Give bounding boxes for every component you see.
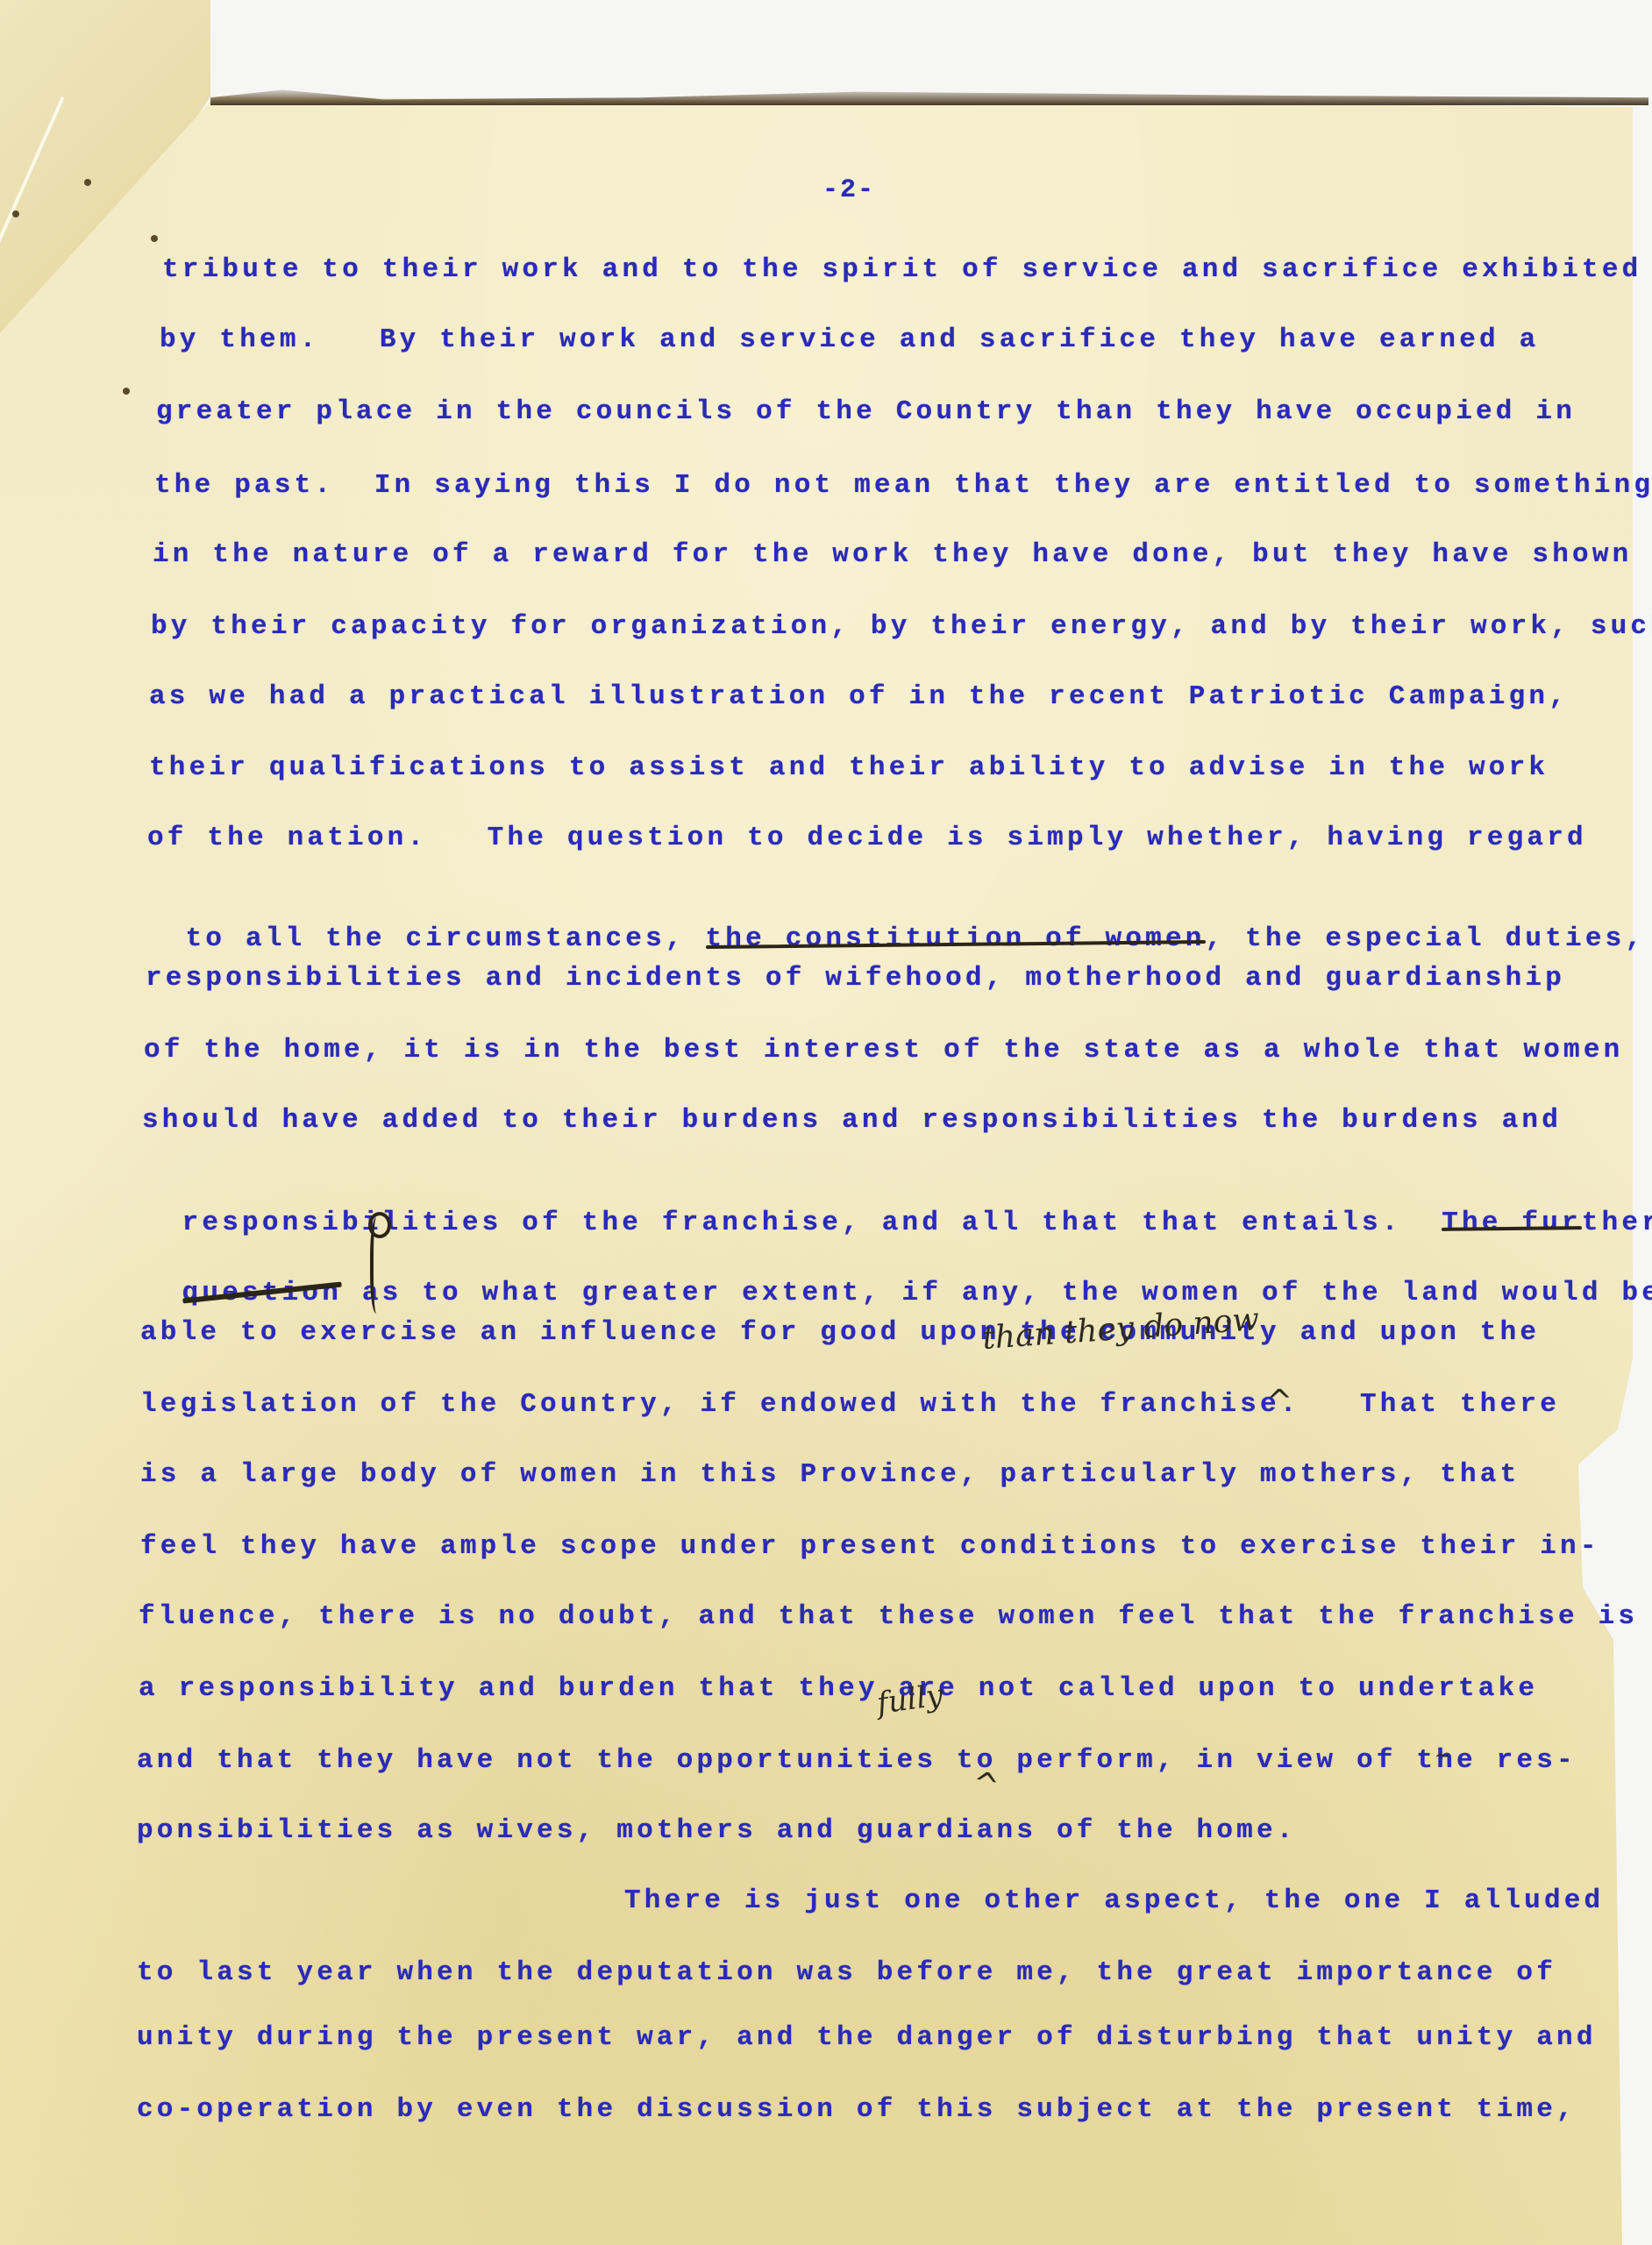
insertion-caret: ^ [1266,1384,1292,1420]
pin-hole [123,388,130,395]
page-number: -2- [822,175,875,205]
text-line-with-strikethrough: question as to what greater extent, if a… [142,1247,1652,1308]
text-line: of the nation. The question to decide is… [147,823,1587,853]
text-line: their qualifications to assist and their… [149,752,1549,783]
text-line-with-strikethrough: to all the circumstances, the constituti… [146,893,1645,954]
text-line: should have added to their burdens and r… [142,1105,1562,1136]
text-line: by their capacity for organization, by t… [151,611,1652,642]
text-line: in the nature of a reward for the work t… [153,539,1632,570]
paragraph-start-line: There is just one other aspect, the one … [624,1885,1604,1916]
text-line: ponsibilities as wives, mothers and guar… [137,1815,1297,1846]
text-line: able to exercise an influence for good u… [140,1317,1540,1348]
text-segment: ther [1582,1208,1652,1238]
text-line: co-operation by even the discussion of t… [137,2094,1577,2125]
text-line: is a large body of women in this Provinc… [140,1459,1520,1490]
struck-text: the constitution of women [706,923,1206,954]
handwritten-deletion-mark [370,1217,386,1314]
text-line: the past. In saying this I do not mean t… [154,470,1652,501]
text-line: legislation of the Country, if endowed w… [140,1389,1560,1420]
struck-text: question [182,1278,342,1308]
struck-text: The fur [1442,1208,1582,1238]
text-line: as we had a practical illustration of in… [149,681,1569,712]
text-line: a responsibility and burden that they ar… [139,1673,1538,1704]
text-line: by them. By their work and service and s… [160,324,1539,355]
pin-hole [12,210,19,217]
pin-hole [151,235,158,242]
text-line: and that they have not the opportunities… [137,1745,1577,1776]
text-line: of the home, it is in the best interest … [144,1035,1623,1065]
text-segment: to all the circumstances, [186,923,706,954]
insertion-mark: ~ [1435,1745,1450,1767]
text-line: to last year when the deputation was bef… [137,1957,1556,1988]
pin-hole [84,179,91,186]
text-line: greater place in the councils of the Cou… [156,396,1576,427]
text-line: feel they have ample scope under present… [140,1531,1600,1562]
text-line: fluence, there is no doubt, and that the… [139,1601,1638,1632]
text-line: unity during the present war, and the da… [137,2022,1597,2053]
text-segment: as to what greater extent, if any, the w… [342,1278,1652,1308]
text-line: tribute to their work and to the spirit … [162,254,1641,285]
text-segment: , the especial duties, [1206,923,1646,954]
text-line: responsibilities and incidents of wifeho… [146,963,1565,994]
